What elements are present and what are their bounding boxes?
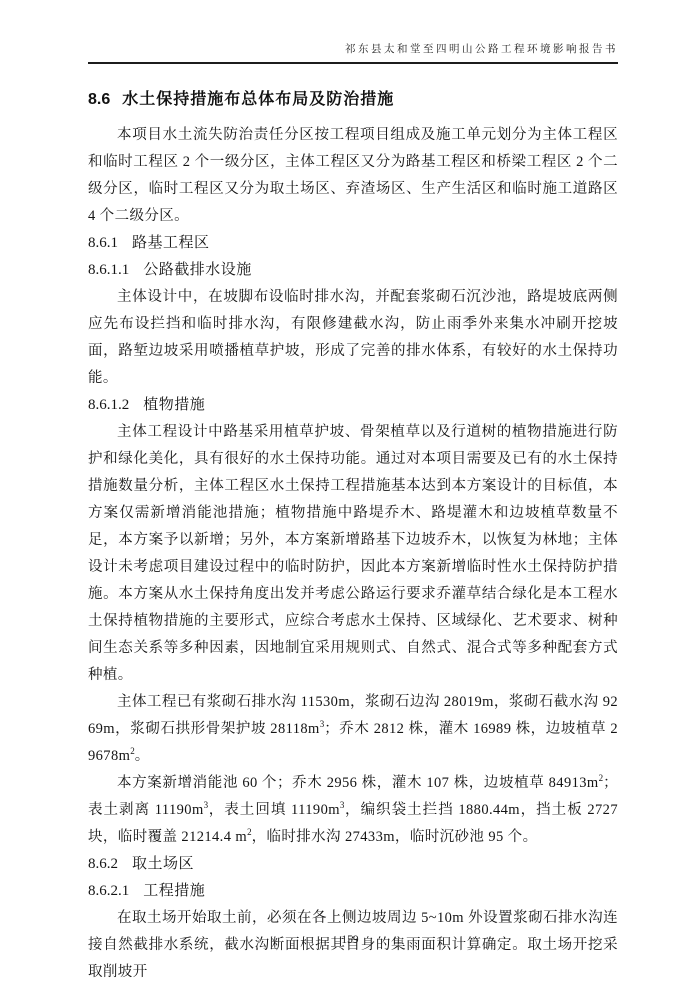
section-title-text: 水土保持措施布总体布局及防治措施 [122,91,394,108]
heading-text: 工程措施 [143,883,205,899]
heading-text: 取土场区 [132,856,194,872]
paragraph-plant-measures: 主体工程设计中路基采用植草护坡、骨架植草以及行道树的植物措施进行防护和绿化美化，… [88,419,618,689]
heading-8-6-2: 8.6.2取土场区 [88,851,618,878]
paragraph-existing-quantities: 主体工程已有浆砌石排水沟 11530m，浆砌石边沟 28019m，浆砌石截水沟 … [88,689,618,770]
heading-number: 8.6.1.2 [88,397,129,413]
heading-text: 路基工程区 [132,235,210,251]
heading-number: 8.6.1.1 [88,262,129,278]
document-body: 8.6水土保持措施布总体布局及防治措施 本项目水土流失防治责任分区按工程项目组成… [88,86,618,986]
page-footer: 159 [0,934,700,946]
text-segment: 。 [135,748,150,764]
paragraph-drainage: 主体设计中，在坡脚布设临时排水沟，并配套浆砌石沉沙池，路堤坡底两侧应先布设拦挡和… [88,284,618,392]
heading-8-6-1: 8.6.1路基工程区 [88,230,618,257]
heading-number: 8.6.2.1 [88,883,129,899]
running-head-title: 祁东县太和堂至四明山公路工程环境影响报告书 [345,44,618,55]
page-number: 159 [341,934,358,946]
document-page: 祁东县太和堂至四明山公路工程环境影响报告书 8.6水土保持措施布总体布局及防治措… [0,0,700,990]
paragraph-overview: 本项目水土流失防治责任分区按工程项目组成及施工单元划分为主体工程区和临时工程区 … [88,122,618,230]
heading-8-6-2-1: 8.6.2.1工程措施 [88,878,618,905]
heading-text: 公路截排水设施 [143,262,252,278]
heading-number: 8.6.1 [88,235,118,251]
paragraph-new-quantities: 本方案新增消能池 60 个；乔木 2956 株，灌木 107 株，边坡植草 84… [88,770,618,851]
heading-text: 植物措施 [143,397,205,413]
heading-number: 8.6.2 [88,856,118,872]
text-segment: ，临时排水沟 27433m，临时沉砂池 95 个。 [252,829,538,845]
heading-8-6-1-1: 8.6.1.1公路截排水设施 [88,257,618,284]
text-segment: 本方案新增消能池 60 个；乔木 2956 株，灌木 107 株，边坡植草 84… [117,775,599,791]
section-number: 8.6 [88,91,110,108]
page-header: 祁东县太和堂至四明山公路工程环境影响报告书 [88,42,618,64]
text-segment: ，表土回填 11190m [208,802,340,818]
section-title-8-6: 8.6水土保持措施布总体布局及防治措施 [88,86,618,114]
heading-8-6-1-2: 8.6.1.2植物措施 [88,392,618,419]
